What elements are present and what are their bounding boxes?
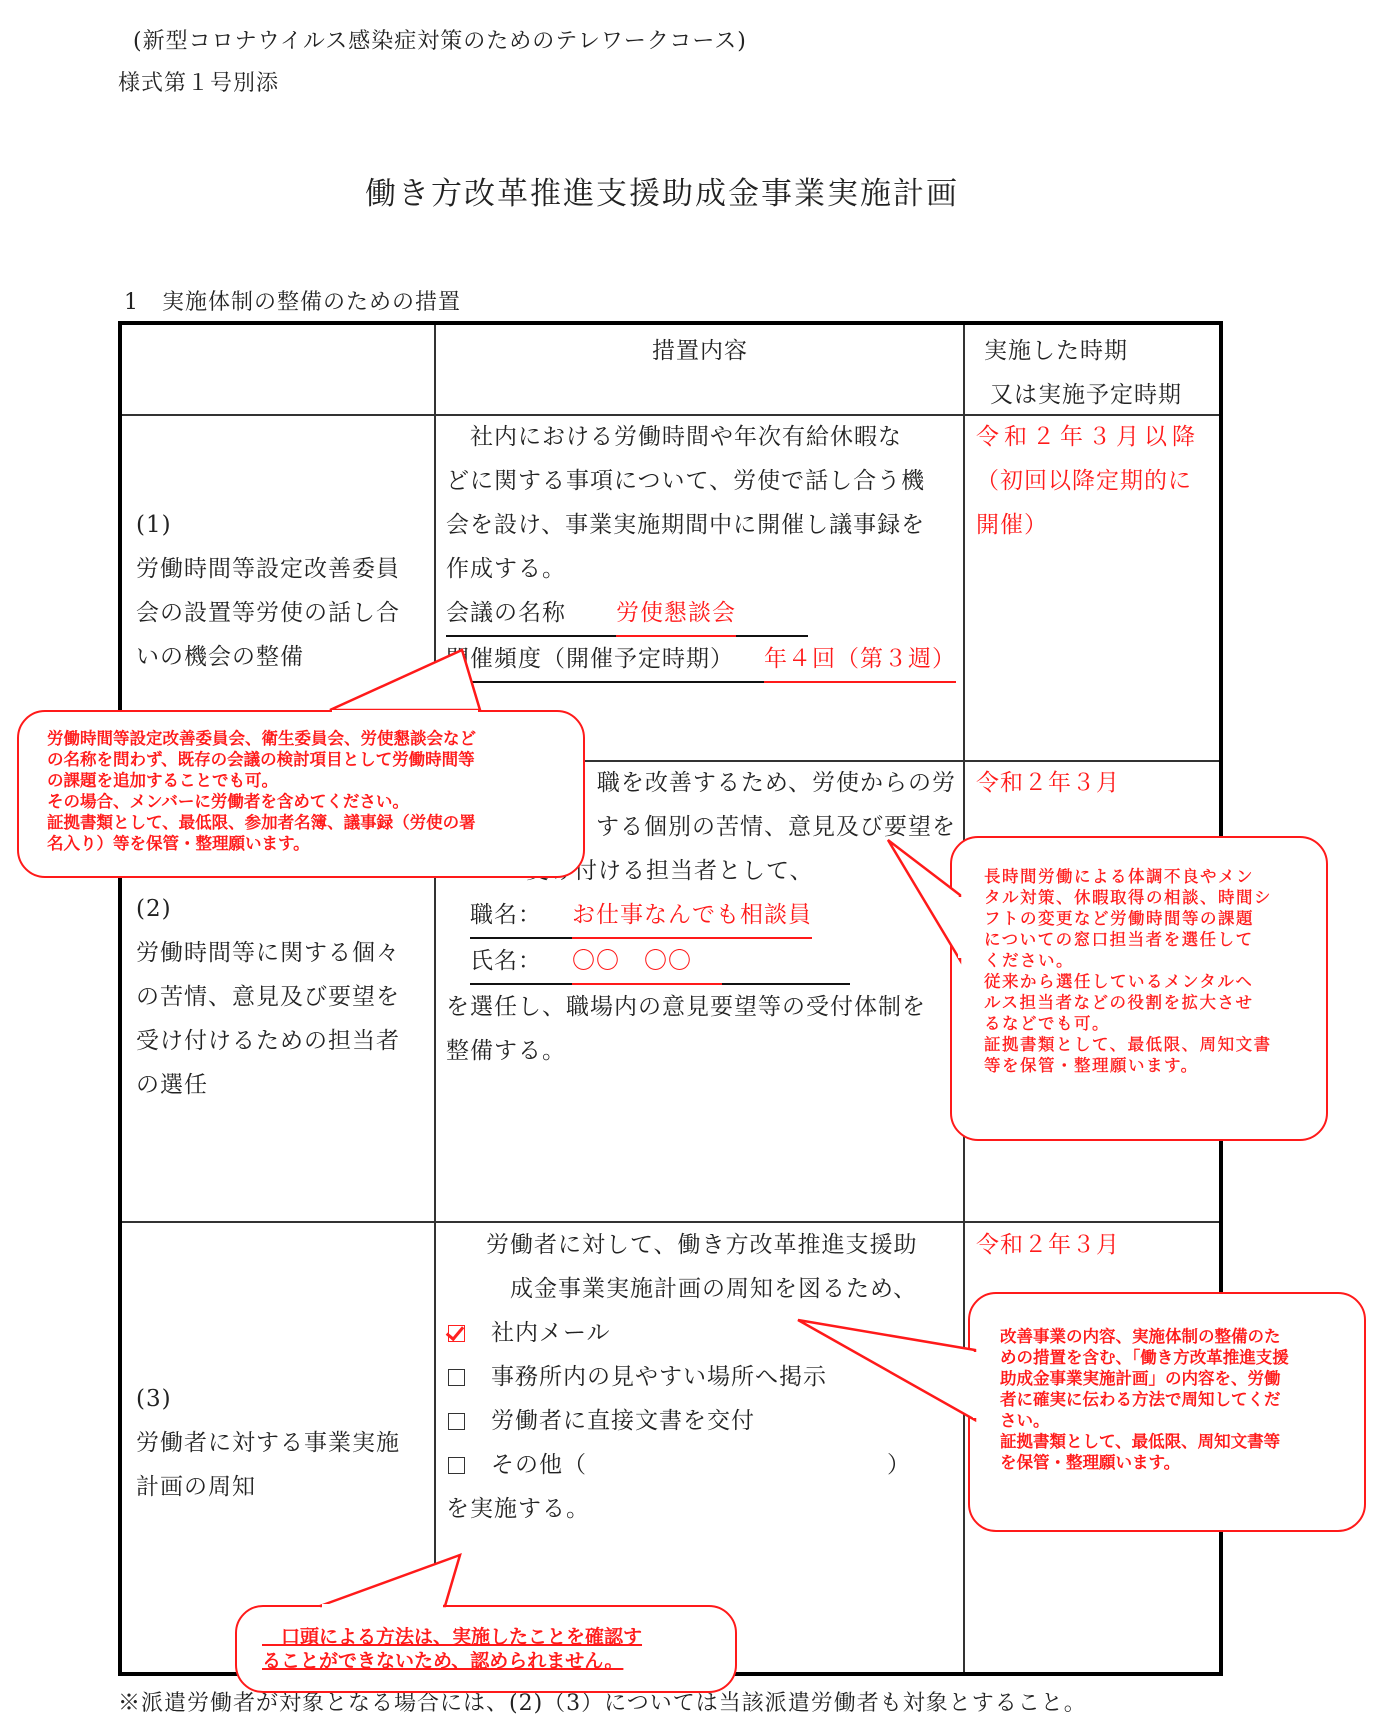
row-number: (1) (136, 503, 426, 547)
content-line: 労働者に対して、働き方改革推進支援助 (446, 1223, 966, 1267)
callout-line: 者に確実に伝わる方法で周知してくだ (1000, 1389, 1364, 1410)
timing-line: 令和２年３月以降 (976, 415, 1216, 459)
callout-contact-person-note: 長時間労働による体調不良やメン タル対策、休暇取得の相談、時間シ フトの変更など… (950, 836, 1328, 1141)
heading-line: の苦情、意見及び要望を (136, 975, 426, 1019)
callout-line: についての窓口担当者を選任して (984, 929, 1326, 950)
callout-line: 証拠書類として、最低限、参加者名簿、議事録（労使の署 (47, 812, 583, 833)
meeting-name-label: 会議の名称 (446, 591, 616, 637)
page-title: 働き方改革推進支援助成金事業実施計画 (365, 168, 959, 213)
column-header-timing-1: 実施した時期 (984, 329, 1128, 373)
heading-line: 労働者に対する事業実施 (136, 1421, 426, 1465)
content-line: どに関する事項について、労使で話し合う機 (446, 459, 966, 503)
callout-line: 証拠書類として、最低限、周知文書 (984, 1034, 1326, 1055)
timing-line: 令和２年３月 (976, 1223, 1216, 1267)
callout-line: るなどでも可。 (984, 1013, 1326, 1034)
person-name-field[interactable]: 氏名：〇〇 〇〇 (446, 939, 966, 985)
heading-line: の選任 (136, 1063, 426, 1107)
row-3-timing: 令和２年３月 (976, 1223, 1216, 1267)
content-line: を実施する。 (446, 1487, 966, 1531)
person-name-label: 氏名： (470, 939, 572, 985)
person-name-value: 〇〇 〇〇 (572, 939, 722, 985)
content-line: を選任し、職場内の意見要望等の受付体制を (446, 985, 966, 1029)
job-title-field[interactable]: 職名：お仕事なんでも相談員 (446, 893, 966, 939)
callout-line: 等を保管・整理願います。 (984, 1055, 1326, 1076)
callout-line: 長時間労働による体調不良やメン (984, 866, 1326, 887)
content-line: 整備する。 (446, 1029, 966, 1073)
callout-line: 証拠書類として、最低限、周知文書等 (1000, 1431, 1364, 1452)
content-line: 作成する。 (446, 547, 966, 591)
column-header-measures: 措置内容 (652, 329, 748, 373)
row-3-heading: (3) 労働者に対する事業実施 計画の周知 (136, 1377, 426, 1509)
row-number: (3) (136, 1377, 426, 1421)
section-heading: 1 実施体制の整備のための措置 (124, 285, 461, 316)
frequency-value: 年４回（第３週） (764, 637, 956, 683)
job-title-value: お仕事なんでも相談員 (572, 893, 812, 939)
row-1-heading: (1) 労働時間等設定改善委員 会の設置等労使の話し合 いの機会の整備 (136, 503, 426, 679)
timing-line: 開催） (976, 503, 1216, 547)
callout-line: の名称を問わず、既存の会議の検討項目として労働時間等 (47, 749, 583, 770)
content-line: 社内における労働時間や年次有給休暇な (446, 415, 966, 459)
checkbox-checked-icon[interactable] (448, 1325, 465, 1342)
callout-line: ることができないため、認められません。 (262, 1649, 735, 1673)
column-header-timing-2: 又は実施予定時期 (990, 373, 1182, 417)
callout-line: 口頭による方法は、実施したことを確認す (262, 1625, 735, 1649)
callout-line: タル対策、休暇取得の相談、時間シ (984, 887, 1326, 908)
checkbox-icon[interactable] (448, 1413, 465, 1430)
callout-oral-note: 口頭による方法は、実施したことを確認す ることができないため、認められません。 (235, 1605, 737, 1693)
job-title-label: 職名： (470, 893, 572, 939)
checkbox-icon[interactable] (448, 1369, 465, 1386)
callout-notification-note: 改善事業の内容、実施体制の整備のた めの措置を含む、「働き方改革推進支援 助成金… (968, 1292, 1366, 1532)
callout-line: を保管・整理願います。 (1000, 1452, 1364, 1473)
row-number: (2) (136, 887, 426, 931)
option-suffix: ） (887, 1443, 911, 1487)
timing-line: （初回以降定期的に (976, 459, 1216, 503)
callout-line: 労働時間等設定改善委員会、衛生委員会、労使懇談会など (47, 728, 583, 749)
meeting-name-value: 労使懇談会 (616, 591, 736, 637)
option-label: その他（ (491, 1443, 587, 1487)
callout-line: ください。 (984, 950, 1326, 971)
timing-line: 令和２年３月 (976, 761, 1216, 805)
callout-line: 従来から選任しているメンタルヘ (984, 971, 1326, 992)
option-internal-mail[interactable]: 社内メール (446, 1311, 966, 1355)
content-line: 会を設け、事業実施期間中に開催し議事録を (446, 503, 966, 547)
meeting-name-field[interactable]: 会議の名称労使懇談会 (446, 591, 966, 637)
row-3-content: 労働者に対して、働き方改革推進支援助 成金事業実施計画の周知を図るため、 社内メ… (446, 1223, 966, 1531)
course-label: (新型コロナウイルス感染症対策のためのテレワークコース) (133, 24, 747, 55)
heading-line: 計画の周知 (136, 1465, 426, 1509)
option-label: 社内メール (491, 1311, 611, 1355)
callout-line: の課題を追加することでも可。 (47, 770, 583, 791)
option-other[interactable]: その他（ ） (446, 1443, 966, 1487)
checkbox-icon[interactable] (448, 1457, 465, 1474)
callout-line: 助成金事業実施計画」の内容を、労働 (1000, 1368, 1364, 1389)
heading-line: 労働時間等に関する個々 (136, 931, 426, 975)
form-label: 様式第１号別添 (118, 66, 279, 97)
frequency-label: 開催頻度（開催予定時期） (446, 637, 764, 683)
callout-line: ルス担当者などの役割を拡大させ (984, 992, 1326, 1013)
option-direct-document[interactable]: 労働者に直接文書を交付 (446, 1399, 966, 1443)
row-2-heading: (2) 労働時間等に関する個々 の苦情、意見及び要望を 受け付けるための担当者 … (136, 887, 426, 1107)
row-1-timing: 令和２年３月以降 （初回以降定期的に 開催） (976, 415, 1216, 547)
column-divider (434, 325, 436, 1672)
callout-line: その場合、メンバーに労働者を含めてください。 (47, 791, 583, 812)
option-label: 労働者に直接文書を交付 (491, 1399, 755, 1443)
callout-line: フトの変更など労働時間等の課題 (984, 908, 1326, 929)
option-office-posting[interactable]: 事務所内の見やすい場所へ掲示 (446, 1355, 966, 1399)
callout-line: 名入り）等を保管・整理願います。 (47, 833, 583, 854)
callout-line: さい。 (1000, 1410, 1364, 1431)
heading-line: いの機会の整備 (136, 635, 426, 679)
option-label: 事務所内の見やすい場所へ掲示 (491, 1355, 827, 1399)
heading-line: 会の設置等労使の話し合 (136, 591, 426, 635)
callout-meeting-note: 労働時間等設定改善委員会、衛生委員会、労使懇談会など の名称を問わず、既存の会議… (17, 710, 585, 878)
callout-line: めの措置を含む、「働き方改革推進支援 (1000, 1347, 1364, 1368)
row-2-timing: 令和２年３月 (976, 761, 1216, 805)
row-1-content: 社内における労働時間や年次有給休暇な どに関する事項について、労使で話し合う機 … (446, 415, 966, 683)
content-line: 成金事業実施計画の周知を図るため、 (446, 1267, 966, 1311)
meeting-frequency-field[interactable]: 開催頻度（開催予定時期）年４回（第３週） (446, 637, 966, 683)
callout-line: 改善事業の内容、実施体制の整備のた (1000, 1326, 1364, 1347)
heading-line: 労働時間等設定改善委員 (136, 547, 426, 591)
heading-line: 受け付けるための担当者 (136, 1019, 426, 1063)
